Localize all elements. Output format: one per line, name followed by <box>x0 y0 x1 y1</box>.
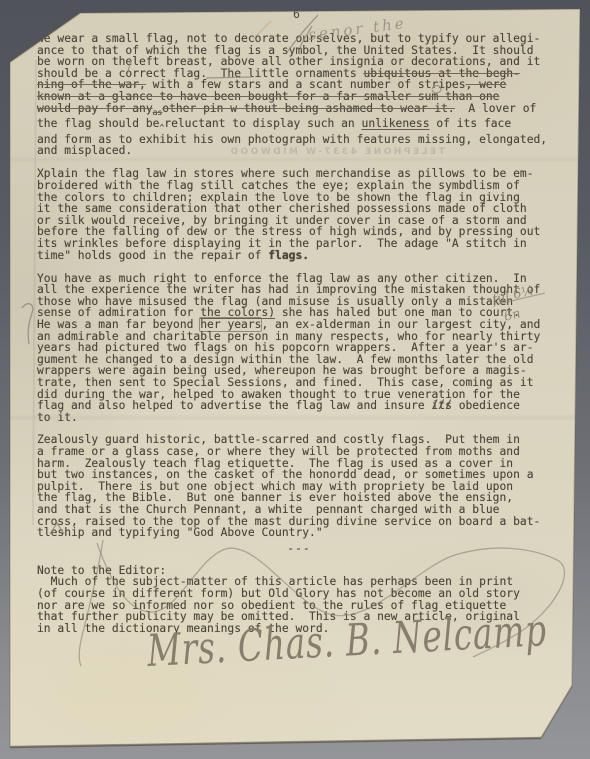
typed-segment: of its face <box>430 117 512 130</box>
typed-text-body: We wear a small flag, not to decorate ou… <box>37 33 561 634</box>
scan-background: 6 TELEPHONE 4337-W MIDWOOD We wear a sma… <box>0 0 590 759</box>
paragraph: Xplain the flag law in stores where such… <box>37 168 561 261</box>
paragraph: We wear a small flag, not to decorate ou… <box>37 33 561 157</box>
typed-line: would pay for anyasother pin w thout bei… <box>37 103 561 119</box>
document-page: 6 TELEPHONE 4337-W MIDWOOD We wear a sma… <box>0 0 590 759</box>
typed-segment: A lover of <box>455 102 537 115</box>
typed-segment: flags. <box>268 249 309 262</box>
signature-text: Mrs. Chas. B. Nelcamp <box>145 605 548 677</box>
typed-segment: its <box>431 400 451 412</box>
typed-line: tleship and typifying "God Above Country… <box>37 527 561 539</box>
typed-segment: obedience <box>452 399 520 412</box>
typed-line: the flag should be^reluctant to display … <box>37 118 561 134</box>
typed-segment: other pin w thout being ashamed to wear … <box>162 102 454 115</box>
typed-segment: flag and also helped to advertise the fl… <box>37 399 431 412</box>
typed-line: and misplaced. <box>37 145 561 157</box>
typed-segment: tleship and typifying "God Above Country… <box>37 526 323 539</box>
typed-segment: to it. <box>37 411 78 424</box>
typed-segment: reluctant to display such an <box>164 117 361 130</box>
signature: Mrs. Chas. B. Nelcamp <box>140 598 560 708</box>
paragraph: Zealously guard historic, battle-scarred… <box>37 434 561 538</box>
typed-line: flag and also helped to advertise the fl… <box>37 400 561 412</box>
paragraph: You have as much right to enforce the fl… <box>37 273 561 424</box>
typed-line: time" holds good in the repair of flags. <box>37 250 561 262</box>
typed-line: to it. <box>37 412 561 424</box>
typed-segment: unlikeness <box>362 117 430 130</box>
typed-divider: --- <box>37 543 561 555</box>
typed-segment: as <box>153 108 163 117</box>
page-number: 6 <box>293 8 300 20</box>
typed-segment: the flag should be <box>37 117 159 130</box>
typed-segment: time" holds good in the repair of <box>37 249 268 262</box>
typed-segment: would pay for any <box>37 102 153 115</box>
typed-segment: and misplaced. <box>37 144 132 157</box>
